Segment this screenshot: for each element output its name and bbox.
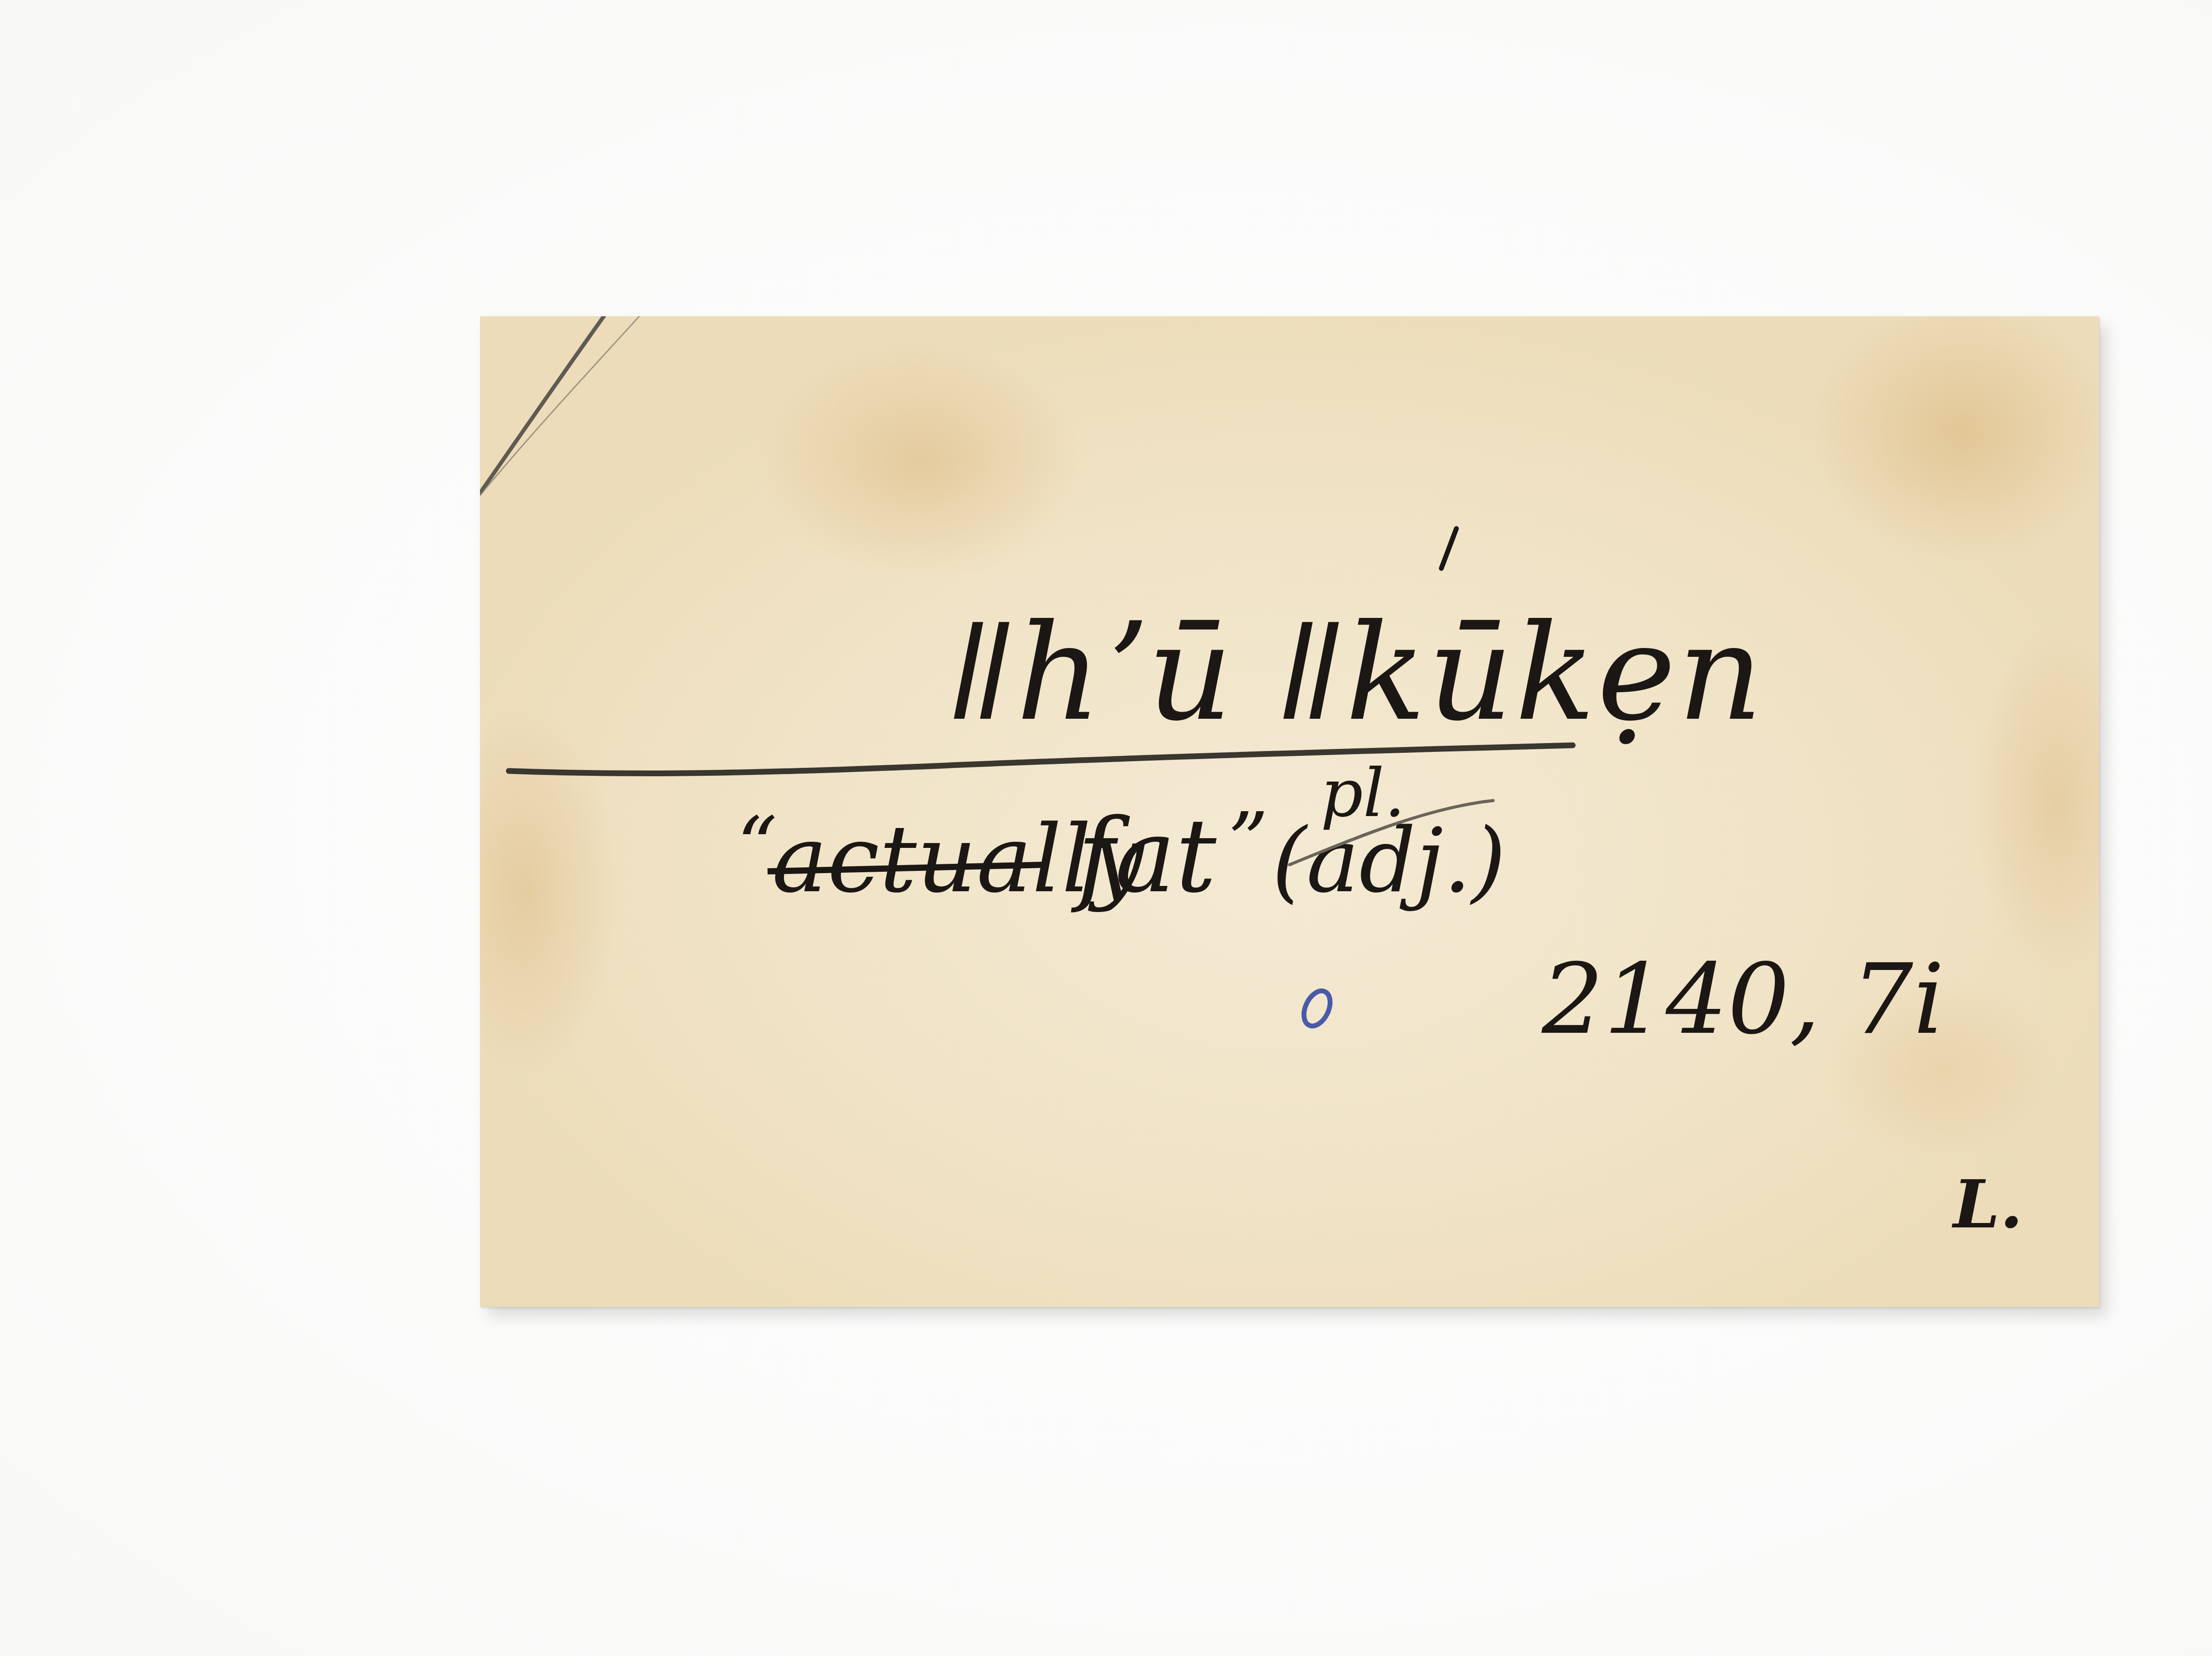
blue-circle-mark bbox=[1299, 987, 1336, 1030]
gloss-line: “ actually fat ” (adj.) pl. bbox=[737, 755, 1506, 916]
gloss-open-quote: “ bbox=[737, 800, 777, 893]
headword-accent-mark bbox=[1441, 529, 1456, 568]
corner-ruling-stroke bbox=[480, 316, 639, 495]
card-ink-layer: ǁhʼū ǁkūkẹn “ actually fat ” (adj.) pl. … bbox=[480, 316, 2099, 1307]
pos-correction: pl. bbox=[1321, 755, 1406, 832]
gloss-word: fat bbox=[1071, 797, 1217, 916]
index-card: ǁhʼū ǁkūkẹn “ actually fat ” (adj.) pl. … bbox=[480, 316, 2099, 1307]
initials: L. bbox=[1951, 1165, 2023, 1243]
reference-number: 2140, 7i bbox=[1541, 943, 1944, 1056]
headword: ǁhʼū ǁkūkẹn bbox=[949, 596, 1765, 750]
gloss-close-quote: ” bbox=[1228, 796, 1268, 888]
